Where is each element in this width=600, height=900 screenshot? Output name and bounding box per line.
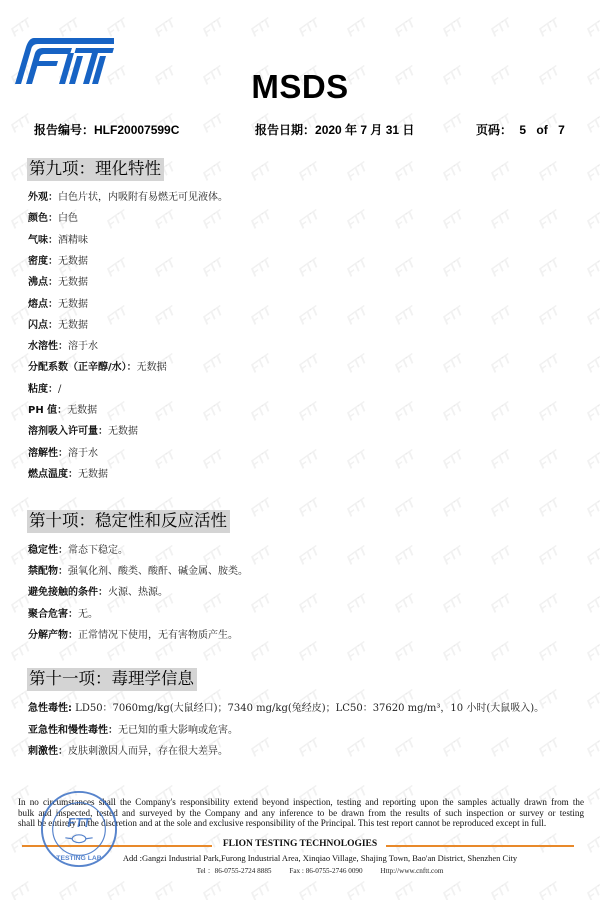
field-value: 溶于水 <box>68 341 98 352</box>
report-number-label: 报告编号： <box>34 123 94 137</box>
watermark-mark: FTT <box>344 495 370 519</box>
watermark-mark: FTT <box>392 639 418 663</box>
watermark-mark: FTT <box>584 351 600 375</box>
watermark-mark: FTT <box>584 15 600 39</box>
field-row: 水溶性：溶于水 <box>28 339 98 354</box>
watermark-mark: FTT <box>8 879 34 900</box>
field-value: 无已知的重大影响或危害。 <box>118 725 238 736</box>
watermark-mark: FTT <box>392 735 418 759</box>
watermark-mark: FTT <box>392 879 418 900</box>
watermark-mark: FTT <box>296 543 322 567</box>
watermark-mark: FTT <box>488 735 514 759</box>
watermark-mark: FTT <box>104 303 130 327</box>
watermark-mark: FTT <box>104 15 130 39</box>
watermark-mark: FTT <box>248 735 274 759</box>
field-value: 正常情况下使用，无有害物质产生。 <box>78 630 238 641</box>
field-label: 沸点： <box>28 277 58 288</box>
field-row: 气味：酒精味 <box>28 233 88 248</box>
field-label: 刺激性： <box>28 746 68 757</box>
field-label: 粘度： <box>28 384 58 395</box>
watermark-mark: FTT <box>296 879 322 900</box>
field-value: 无。 <box>78 609 98 620</box>
watermark-mark: FTT <box>152 207 178 231</box>
watermark-mark: FTT <box>248 447 274 471</box>
field-label: 聚合危害： <box>28 609 78 620</box>
watermark-mark: FTT <box>200 351 226 375</box>
watermark-mark: FTT <box>488 495 514 519</box>
watermark-mark: FTT <box>248 639 274 663</box>
watermark-mark: FTT <box>152 255 178 279</box>
watermark-mark: FTT <box>440 255 466 279</box>
watermark-mark: FTT <box>536 303 562 327</box>
watermark-mark: FTT <box>536 255 562 279</box>
watermark-mark: FTT <box>584 159 600 183</box>
fax: Fax : 86-0755-2746 0090 <box>289 867 362 875</box>
field-label: 溶解性： <box>28 448 68 459</box>
document-title: MSDS <box>0 68 600 106</box>
website-link[interactable]: Http://www.cnftt.com <box>380 867 443 875</box>
field-label: 禁配物： <box>28 566 68 577</box>
watermark-mark: FTT <box>584 879 600 900</box>
svg-text:TESTING LAB: TESTING LAB <box>56 855 101 862</box>
watermark-mark: FTT <box>296 207 322 231</box>
watermark-mark: FTT <box>536 735 562 759</box>
watermark-mark: FTT <box>488 399 514 423</box>
report-date-value: 2020 年 7 月 31 日 <box>315 123 414 137</box>
field-value: 常态下稳定。 <box>68 545 128 556</box>
watermark-mark: FTT <box>248 495 274 519</box>
watermark-mark: FTT <box>440 591 466 615</box>
field-row: 溶解性：溶于水 <box>28 446 98 461</box>
field-value: / <box>58 384 61 395</box>
field-row: 分解产物：正常情况下使用，无有害物质产生。 <box>28 628 238 643</box>
field-row: 外观：白色片状，内吸附有易燃无可见液体。 <box>28 190 228 205</box>
watermark-mark: FTT <box>344 591 370 615</box>
watermark-mark: FTT <box>392 495 418 519</box>
watermark-mark: FTT <box>392 591 418 615</box>
watermark-mark: FTT <box>152 639 178 663</box>
watermark-mark: FTT <box>344 255 370 279</box>
watermark-mark: FTT <box>440 207 466 231</box>
field-value: 无数据 <box>58 256 88 267</box>
watermark-mark: FTT <box>536 639 562 663</box>
field-label: 外观： <box>28 192 58 203</box>
field-value: 强氧化剂、酸类、酸酐、碱金属、胺类。 <box>68 566 248 577</box>
watermark-mark: FTT <box>536 543 562 567</box>
watermark-mark: FTT <box>344 399 370 423</box>
watermark-mark: FTT <box>488 591 514 615</box>
field-row: 避免接触的条件：火源、热源。 <box>28 585 168 600</box>
page-label: 页码： <box>476 123 512 137</box>
field-label: 颜色： <box>28 213 58 224</box>
watermark-mark: FTT <box>152 303 178 327</box>
watermark-mark: FTT <box>248 255 274 279</box>
field-row: 燃点温度：无数据 <box>28 467 108 482</box>
watermark-mark: FTT <box>56 639 82 663</box>
watermark-mark: FTT <box>536 207 562 231</box>
watermark-mark: FTT <box>200 15 226 39</box>
watermark-mark: FTT <box>440 735 466 759</box>
watermark-mark: FTT <box>56 15 82 39</box>
page-current: 5 <box>519 123 526 137</box>
watermark-mark: FTT <box>392 351 418 375</box>
watermark-mark: FTT <box>584 783 600 807</box>
watermark-mark: FTT <box>392 207 418 231</box>
watermark-mark: FTT <box>344 543 370 567</box>
field-label: 亚急性和慢性毒性： <box>28 725 118 736</box>
watermark-mark: FTT <box>248 351 274 375</box>
watermark-mark: FTT <box>248 879 274 900</box>
field-row: 稳定性：常态下稳定。 <box>28 543 128 558</box>
watermark-mark: FTT <box>200 447 226 471</box>
watermark-mark: FTT <box>296 303 322 327</box>
watermark-mark: FTT <box>584 303 600 327</box>
field-row: PH 值：无数据 <box>28 403 97 418</box>
watermark-mark: FTT <box>200 303 226 327</box>
watermark-mark: FTT <box>392 303 418 327</box>
watermark-mark: FTT <box>584 735 600 759</box>
watermark-mark: FTT <box>488 159 514 183</box>
watermark-mark: FTT <box>536 591 562 615</box>
watermark-mark: FTT <box>200 159 226 183</box>
watermark-mark: FTT <box>104 255 130 279</box>
watermark-mark: FTT <box>296 735 322 759</box>
field-value: 无数据 <box>137 362 167 373</box>
report-date: 报告日期：2020 年 7 月 31 日 <box>255 121 414 138</box>
watermark-mark: FTT <box>536 15 562 39</box>
watermark-mark: FTT <box>296 351 322 375</box>
field-label: 水溶性： <box>28 341 68 352</box>
field-label: 燃点温度： <box>28 469 78 480</box>
watermark-mark: FTT <box>392 255 418 279</box>
watermark-mark: FTT <box>296 159 322 183</box>
field-value: 火源、热源。 <box>108 587 168 598</box>
watermark-mark: FTT <box>296 495 322 519</box>
svg-text:FTT: FTT <box>67 816 91 830</box>
field-label: 溶剂吸入许可量： <box>28 426 108 437</box>
watermark-mark: FTT <box>248 159 274 183</box>
field-label: PH 值： <box>28 405 67 416</box>
page-number: 页码： 5 of 7 <box>476 121 565 138</box>
report-number: 报告编号：HLF20007599C <box>34 121 179 138</box>
watermark-mark: FTT <box>488 303 514 327</box>
field-value: 酒精味 <box>58 235 88 246</box>
watermark-mark: FTT <box>296 399 322 423</box>
watermark-mark: FTT <box>296 639 322 663</box>
section-9-title: 第九项：理化特性 <box>27 158 164 181</box>
field-row: 颜色：白色 <box>28 211 78 226</box>
watermark-mark: FTT <box>344 639 370 663</box>
field-row: 急性毒性: LD50：7060mg/kg(大鼠经口)；7340 mg/kg(兔经… <box>28 701 544 716</box>
watermark-mark: FTT <box>200 639 226 663</box>
watermark-mark: FTT <box>200 591 226 615</box>
watermark-mark: FTT <box>488 639 514 663</box>
watermark-mark: FTT <box>488 351 514 375</box>
field-value: 皮肤刺激因人而异，存在很大差异。 <box>68 746 228 757</box>
watermark-mark: FTT <box>440 15 466 39</box>
watermark-mark: FTT <box>8 111 34 135</box>
watermark-mark: FTT <box>584 495 600 519</box>
company-name-text: FLION TESTING TECHNOLOGIES <box>220 839 380 849</box>
field-row: 分配系数（正辛醇/水）：无数据 <box>28 360 167 375</box>
watermark-mark: FTT <box>200 255 226 279</box>
field-label: 分解产物： <box>28 630 78 641</box>
watermark-mark: FTT <box>488 255 514 279</box>
report-date-label: 报告日期： <box>255 123 315 137</box>
watermark-mark: FTT <box>344 303 370 327</box>
watermark-mark: FTT <box>8 15 34 39</box>
watermark-mark: FTT <box>440 495 466 519</box>
field-label: 分配系数（正辛醇/水）： <box>28 362 137 373</box>
watermark-mark: FTT <box>584 207 600 231</box>
watermark-mark: FTT <box>248 399 274 423</box>
field-row: 禁配物：强氧化剂、酸类、酸酐、碱金属、胺类。 <box>28 564 248 579</box>
watermark-mark: FTT <box>536 495 562 519</box>
section-11-title: 第十一项：毒理学信息 <box>27 668 197 691</box>
watermark-mark: FTT <box>488 879 514 900</box>
field-label: 熔点： <box>28 299 58 310</box>
watermark-mark: FTT <box>104 879 130 900</box>
watermark-mark: FTT <box>584 591 600 615</box>
watermark-mark: FTT <box>536 159 562 183</box>
watermark-mark: FTT <box>584 255 600 279</box>
tel: Tel ：86-0755-2724 8885 <box>197 867 272 875</box>
watermark-mark: FTT <box>56 879 82 900</box>
field-value: 白色 <box>58 213 78 224</box>
field-row: 密度：无数据 <box>28 254 88 269</box>
field-row: 粘度：/ <box>28 382 61 397</box>
watermark-mark: FTT <box>440 447 466 471</box>
watermark-mark: FTT <box>584 639 600 663</box>
watermark-mark: FTT <box>152 447 178 471</box>
field-label: 气味： <box>28 235 58 246</box>
watermark-mark: FTT <box>584 111 600 135</box>
watermark-mark: FTT <box>584 447 600 471</box>
watermark-mark: FTT <box>392 447 418 471</box>
watermark-mark: FTT <box>344 351 370 375</box>
watermark-mark: FTT <box>344 207 370 231</box>
watermark-mark: FTT <box>440 543 466 567</box>
watermark-mark: FTT <box>104 639 130 663</box>
watermark-mark: FTT <box>296 447 322 471</box>
watermark-mark: FTT <box>8 639 34 663</box>
field-value: 无数据 <box>58 320 88 331</box>
watermark-mark: FTT <box>392 159 418 183</box>
watermark-mark: FTT <box>152 879 178 900</box>
watermark-mark: FTT <box>392 15 418 39</box>
field-row: 溶剂吸入许可量：无数据 <box>28 424 138 439</box>
watermark-mark: FTT <box>488 543 514 567</box>
page-of: of <box>536 123 547 137</box>
field-value: 白色片状，内吸附有易燃无可见液体。 <box>58 192 228 203</box>
field-value: 溶于水 <box>68 448 98 459</box>
watermark-mark: FTT <box>440 399 466 423</box>
field-value: 无数据 <box>58 299 88 310</box>
watermark-mark: FTT <box>344 15 370 39</box>
watermark-mark: FTT <box>248 591 274 615</box>
watermark-mark: FTT <box>248 15 274 39</box>
watermark-mark: FTT <box>488 207 514 231</box>
watermark-mark: FTT <box>536 447 562 471</box>
watermark-mark: FTT <box>296 15 322 39</box>
field-value: 无数据 <box>67 405 97 416</box>
watermark-mark: FTT <box>488 447 514 471</box>
watermark-mark: FTT <box>488 15 514 39</box>
testing-lab-stamp-icon: FTT TESTING LAB <box>40 790 118 868</box>
field-row: 刺激性：皮肤刺激因人而异，存在很大差异。 <box>28 744 228 759</box>
watermark-mark: FTT <box>440 351 466 375</box>
field-label: 急性毒性: <box>28 703 72 714</box>
watermark-mark: FTT <box>440 639 466 663</box>
section-10-title: 第十项：稳定性和反应活性 <box>27 510 230 533</box>
watermark-mark: FTT <box>440 879 466 900</box>
watermark-mark: FTT <box>344 447 370 471</box>
watermark-mark: FTT <box>200 207 226 231</box>
field-row: 亚急性和慢性毒性：无已知的重大影响或危害。 <box>28 723 238 738</box>
field-row: 闪点：无数据 <box>28 318 88 333</box>
field-row: 沸点：无数据 <box>28 275 88 290</box>
watermark-mark: FTT <box>104 399 130 423</box>
watermark-mark: FTT <box>248 543 274 567</box>
watermark-mark: FTT <box>248 303 274 327</box>
watermark-mark: FTT <box>584 399 600 423</box>
field-label: 密度： <box>28 256 58 267</box>
watermark-mark: FTT <box>296 255 322 279</box>
watermark-mark: FTT <box>536 399 562 423</box>
watermark-mark: FTT <box>200 399 226 423</box>
watermark-mark: FTT <box>200 111 226 135</box>
watermark-mark: FTT <box>344 159 370 183</box>
watermark-mark: FTT <box>440 111 466 135</box>
field-value: 无数据 <box>108 426 138 437</box>
watermark-mark: FTT <box>536 879 562 900</box>
field-row: 聚合危害：无。 <box>28 607 98 622</box>
watermark-mark: FTT <box>248 207 274 231</box>
watermark-mark: FTT <box>392 399 418 423</box>
watermark-mark: FTT <box>344 879 370 900</box>
watermark-mark: FTT <box>536 351 562 375</box>
field-value: 无数据 <box>78 469 108 480</box>
watermark-mark: FTT <box>392 543 418 567</box>
watermark-mark: FTT <box>296 591 322 615</box>
field-row: 熔点：无数据 <box>28 297 88 312</box>
field-value: LD50：7060mg/kg(大鼠经口)；7340 mg/kg(兔经皮)；LC5… <box>72 703 544 714</box>
report-number-value: HLF20007599C <box>94 123 179 137</box>
page-total: 7 <box>558 123 565 137</box>
watermark-mark: FTT <box>584 543 600 567</box>
field-label: 避免接触的条件： <box>28 587 108 598</box>
field-label: 稳定性： <box>28 545 68 556</box>
watermark-mark: FTT <box>440 159 466 183</box>
watermark-mark: FTT <box>344 735 370 759</box>
watermark-mark: FTT <box>440 303 466 327</box>
watermark-mark: FTT <box>152 15 178 39</box>
watermark-mark: FTT <box>584 687 600 711</box>
watermark-mark: FTT <box>152 399 178 423</box>
watermark-mark: FTT <box>104 207 130 231</box>
field-label: 闪点： <box>28 320 58 331</box>
watermark-mark: FTT <box>200 879 226 900</box>
field-value: 无数据 <box>58 277 88 288</box>
